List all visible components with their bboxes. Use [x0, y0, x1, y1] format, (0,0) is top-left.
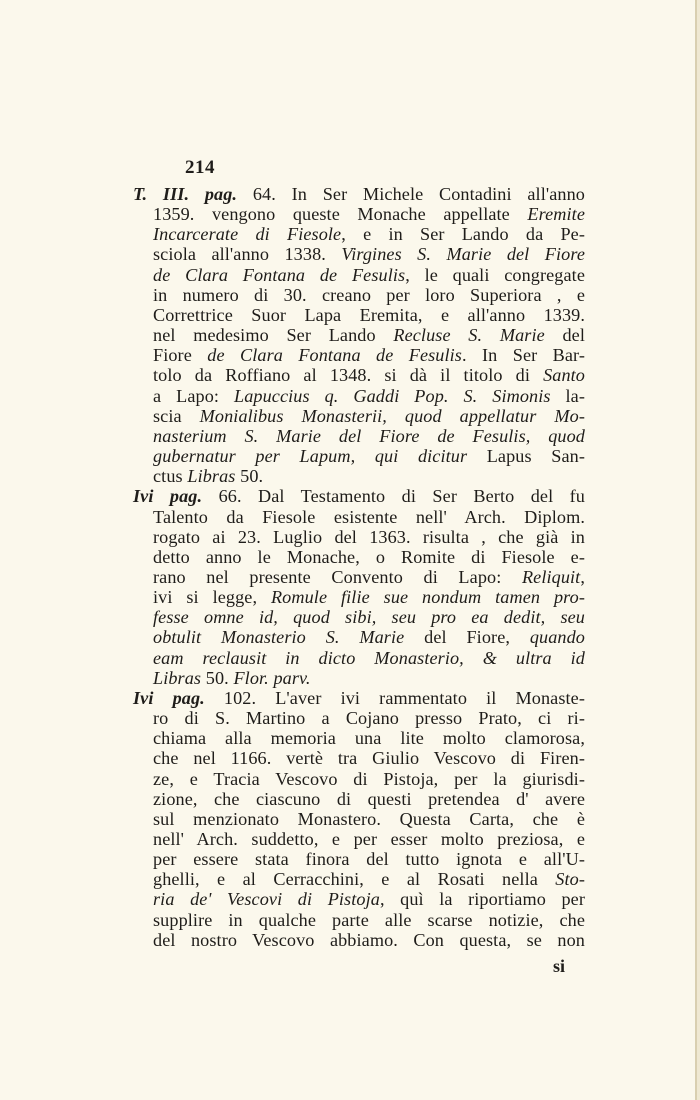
text-segment: detto anno le Monache, o Romite di Fieso…	[153, 547, 585, 567]
text-line: ctus Libras 50.	[133, 466, 585, 486]
text-line: Talento da Fiesole esistente nell' Arch.…	[133, 507, 585, 527]
text-segment: rano nel presente Convento di Lapo:	[153, 567, 522, 587]
text-line: per essere stata finora del tutto ignota…	[133, 849, 585, 869]
text-segment: ro di S. Martino a Cojano presso Prato, …	[153, 708, 585, 728]
text-segment: scia	[153, 406, 200, 426]
entry-heading-line: Ivi pag. 102. L'aver ivi rammentato il M…	[133, 688, 585, 708]
text-line: del nostro Vescovo abbiamo. Con questa, …	[133, 930, 585, 950]
text-line: eam reclausit in dicto Monasterio, & ult…	[133, 648, 585, 668]
entry-reference: Ivi pag.	[133, 688, 224, 708]
text-line: ivi si legge, Romule filie sue nondum ta…	[133, 587, 585, 607]
text-segment: Lapuccius q. Gaddi Pop. S. Simonis	[234, 386, 551, 406]
text-line: scia Monialibus Monasterii, quod appella…	[133, 406, 585, 426]
text-line: zione, che ciascuno di questi pretendea …	[133, 789, 585, 809]
text-segment: 50.	[235, 466, 263, 486]
text-segment: , quì la riportiamo per	[380, 889, 585, 909]
text-line: che nel 1166. vertè tra Giulio Vescovo d…	[133, 748, 585, 768]
text-segment: rogato ai 23. Luglio del 1363. risulta ,…	[153, 527, 585, 547]
text-segment: 66. Dal Testamento di Ser Berto del fu	[219, 486, 585, 506]
text-segment: del	[545, 325, 585, 345]
text-segment: , e in Ser Lando da Pe-	[341, 224, 585, 244]
book-page: 214 T. III. pag. 64. In Ser Michele Cont…	[0, 0, 700, 1100]
text-line: sul menzionato Monastero. Questa Carta, …	[133, 809, 585, 829]
text-line: sciola all'anno 1338. Virgines S. Marie …	[133, 244, 585, 264]
text-segment: Libras	[187, 466, 235, 486]
text-segment: Santo	[543, 365, 585, 385]
entry-reference: T. III. pag.	[133, 184, 253, 204]
text-segment: 50.	[201, 668, 233, 688]
text-segment: sciola all'anno 1338.	[153, 244, 341, 264]
text-segment: nell' Arch. suddetto, e per esser molto …	[153, 829, 585, 849]
text-segment: chiama alla memoria una lite molto clamo…	[153, 728, 585, 748]
entry-reference: Ivi pag.	[133, 486, 219, 506]
text-segment: . In Ser Bar-	[462, 345, 585, 365]
text-line: Libras 50. Flor. parv.	[133, 668, 585, 688]
text-segment: ctus	[153, 466, 187, 486]
text-segment: sul menzionato Monastero. Questa Carta, …	[153, 809, 585, 829]
text-segment: ,	[580, 567, 585, 587]
text-segment: eam reclausit in dicto Monasterio, & ult…	[153, 648, 585, 668]
text-line: rano nel presente Convento di Lapo: Reli…	[133, 567, 585, 587]
text-line: a Lapo: Lapuccius q. Gaddi Pop. S. Simon…	[133, 386, 585, 406]
text-line: Incarcerate di Fiesole, e in Ser Lando d…	[133, 224, 585, 244]
text-line: ro di S. Martino a Cojano presso Prato, …	[133, 708, 585, 728]
text-segment: ivi si legge,	[153, 587, 271, 607]
text-line: ria de' Vescovi di Pistoja, quì la ripor…	[133, 889, 585, 909]
text-segment: gubernatur per Lapum, qui dicitur	[153, 446, 467, 466]
text-segment: supplire in qualche parte alle scarse no…	[153, 910, 585, 930]
text-segment: obtulit Monasterio S. Marie	[153, 627, 404, 647]
text-segment: quando	[530, 627, 585, 647]
body-text: T. III. pag. 64. In Ser Michele Contadin…	[133, 184, 585, 950]
text-line: ze, e Tracia Vescovo di Pistoja, per la …	[133, 769, 585, 789]
text-segment: a Lapo:	[153, 386, 234, 406]
text-segment: che nel 1166. vertè tra Giulio Vescovo d…	[153, 748, 585, 768]
text-line: in numero di 30. creano per loro Superio…	[133, 285, 585, 305]
text-line: nasterium S. Marie del Fiore de Fesulis,…	[133, 426, 585, 446]
text-segment: Libras	[153, 668, 201, 688]
text-line: chiama alla memoria una lite molto clamo…	[133, 728, 585, 748]
text-segment: nel medesimo Ser Lando	[153, 325, 393, 345]
text-segment: 64. In Ser Michele Contadini all'anno	[253, 184, 585, 204]
text-segment: in numero di 30. creano per loro Superio…	[153, 285, 585, 305]
page-edge	[695, 0, 697, 1100]
page-number: 214	[185, 158, 215, 178]
text-segment: ghelli, e al Cerracchini, e al Rosati ne…	[153, 869, 555, 889]
text-line: supplire in qualche parte alle scarse no…	[133, 910, 585, 930]
text-segment: tolo da Roffiano al 1348. si dà il titol…	[153, 365, 543, 385]
text-segment: Monialibus Monasterii, quod appellatur M…	[200, 406, 585, 426]
text-segment: del Fiore,	[404, 627, 530, 647]
text-segment: Lapus San-	[467, 446, 585, 466]
catchword: si	[553, 956, 565, 976]
text-segment: Romule filie sue nondum tamen pro-	[271, 587, 585, 607]
text-segment: , le quali congregate	[405, 265, 585, 285]
text-segment: del nostro Vescovo abbiamo. Con questa, …	[153, 930, 585, 950]
text-segment: Recluse S. Marie	[393, 325, 544, 345]
text-line: tolo da Roffiano al 1348. si dà il titol…	[133, 365, 585, 385]
text-segment: Sto-	[555, 869, 585, 889]
text-segment: Talento da Fiesole esistente nell' Arch.…	[153, 507, 585, 527]
text-segment: de Clara Fontana de Fesulis	[153, 265, 405, 285]
text-line: nel medesimo Ser Lando Recluse S. Marie …	[133, 325, 585, 345]
text-line: de Clara Fontana de Fesulis, le quali co…	[133, 265, 585, 285]
entry-heading-line: T. III. pag. 64. In Ser Michele Contadin…	[133, 184, 585, 204]
text-segment: 1359. vengono queste Monache appellate	[153, 204, 527, 224]
text-segment: Eremite	[527, 204, 585, 224]
text-line: obtulit Monasterio S. Marie del Fiore, q…	[133, 627, 585, 647]
text-segment: per essere stata finora del tutto ignota…	[153, 849, 585, 869]
text-segment: Fiore	[153, 345, 207, 365]
text-line: detto anno le Monache, o Romite di Fieso…	[133, 547, 585, 567]
text-segment: Incarcerate di Fiesole	[153, 224, 341, 244]
text-segment: Correttrice Suor Lapa Eremita, e all'ann…	[153, 305, 585, 325]
text-segment: Virgines S. Marie del Fiore	[341, 244, 585, 264]
text-line: rogato ai 23. Luglio del 1363. risulta ,…	[133, 527, 585, 547]
text-line: Correttrice Suor Lapa Eremita, e all'ann…	[133, 305, 585, 325]
text-segment: ria de' Vescovi di Pistoja	[153, 889, 380, 909]
text-segment: zione, che ciascuno di questi pretendea …	[153, 789, 585, 809]
text-line: nell' Arch. suddetto, e per esser molto …	[133, 829, 585, 849]
entry-heading-line: Ivi pag. 66. Dal Testamento di Ser Berto…	[133, 486, 585, 506]
text-segment: ze, e Tracia Vescovo di Pistoja, per la …	[153, 769, 585, 789]
text-line: gubernatur per Lapum, qui dicitur Lapus …	[133, 446, 585, 466]
text-segment: 102. L'aver ivi rammentato il Monaste-	[224, 688, 585, 708]
text-line: Fiore de Clara Fontana de Fesulis. In Se…	[133, 345, 585, 365]
text-segment: Flor. parv.	[233, 668, 310, 688]
text-segment: la-	[551, 386, 585, 406]
text-segment: nasterium S. Marie del Fiore de Fesulis,…	[153, 426, 585, 446]
text-segment: Reliquit	[522, 567, 580, 587]
text-segment: de Clara Fontana de Fesulis	[207, 345, 462, 365]
text-segment: fesse omne id, quod sibi, seu pro ea ded…	[153, 607, 585, 627]
text-line: ghelli, e al Cerracchini, e al Rosati ne…	[133, 869, 585, 889]
text-line: fesse omne id, quod sibi, seu pro ea ded…	[133, 607, 585, 627]
text-line: 1359. vengono queste Monache appellate E…	[133, 204, 585, 224]
